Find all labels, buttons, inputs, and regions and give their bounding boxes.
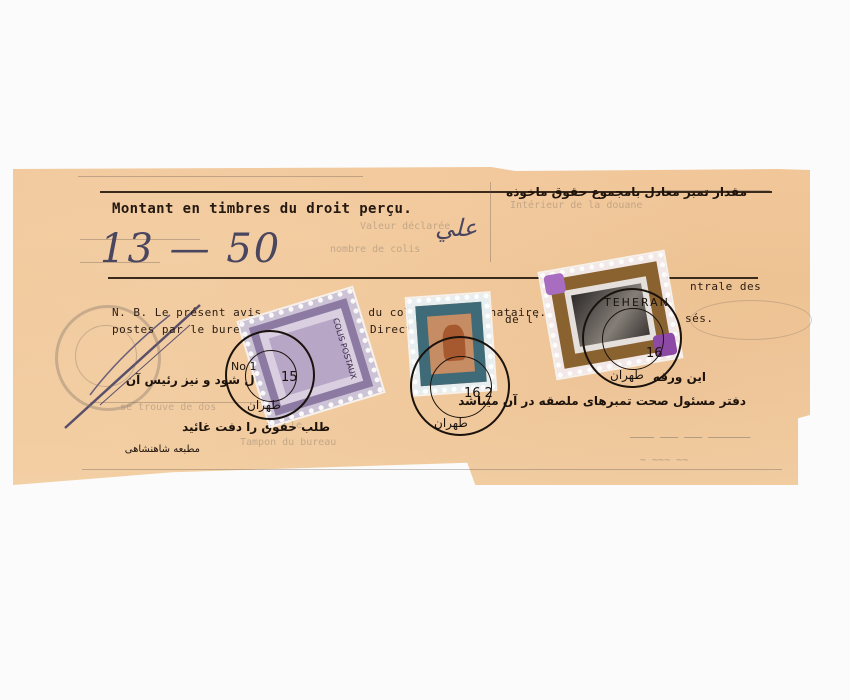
postmark-teheran-3: TEHERAN 16 طهران <box>582 288 682 388</box>
ghost-text: Tampon du bureau <box>240 437 336 448</box>
postmark-text: TEHERAN <box>604 296 670 309</box>
title-french: Montant en timbres du droit perçu. <box>112 201 412 217</box>
handwritten-amount: 13 — 50 <box>100 226 281 272</box>
pencil-oval <box>690 300 812 340</box>
rule-bottom <box>82 469 782 470</box>
ghost-text: nombre de colis <box>330 244 420 255</box>
pencil-note: ~ ~~~ ~~ <box>640 455 688 466</box>
notice-fa-line3: طلب حقوق را دفت غائید <box>182 420 330 434</box>
title-persian: مقدار تمبر معادل بامجموع حقوق ماخوذه <box>506 185 747 199</box>
postmark-city: طهران <box>434 416 468 430</box>
postmark-number: No 1 <box>231 360 256 373</box>
rule-top-faint <box>78 176 363 177</box>
postmark-date: 16 2 <box>464 386 493 401</box>
postmark-teheran-1: No 1 15 طهران <box>225 330 315 420</box>
postmark-date: 15 <box>281 370 298 385</box>
postmark-city: طهران <box>247 398 281 412</box>
stamp-corner <box>543 273 566 296</box>
printer-mark: مطبعه شاهنشاهی <box>125 444 200 455</box>
postmark-city: طهران <box>610 368 644 382</box>
pencil-note: ـــــــ ـــ ـــ ــــ <box>630 430 750 441</box>
postmark-date: 16 <box>646 346 663 361</box>
ghost-text: Intérieur de la douane <box>510 200 642 211</box>
postmark-teheran-2: 16 2 طهران <box>410 336 510 436</box>
column-divider <box>490 182 491 262</box>
notice-fr-line2-mid2: de l' <box>505 313 541 326</box>
notice-fr-line1-end: ntrale des <box>690 280 761 293</box>
handwritten-initials: ﻋﻠﻲ <box>435 214 477 242</box>
